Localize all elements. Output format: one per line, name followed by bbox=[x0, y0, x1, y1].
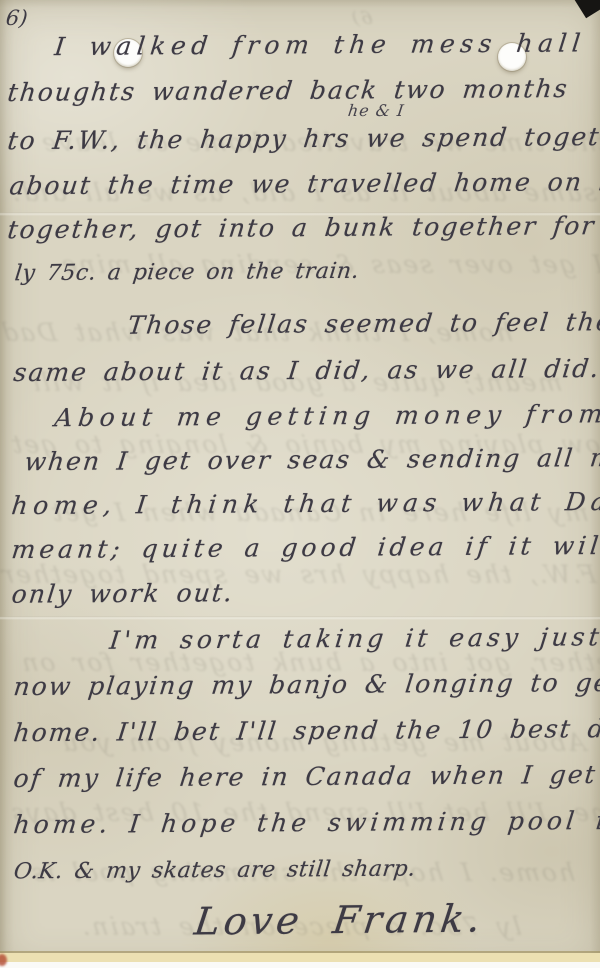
letter-line: only work out. bbox=[10, 578, 235, 609]
letter-line: I'm sorta taking it easy just bbox=[108, 622, 600, 654]
letter-line: to F.W., the happy hrs we spend together bbox=[6, 122, 600, 155]
letter-line: now playing my banjo & longing to get bbox=[12, 668, 600, 701]
letter-line: when I get over seas & sending all mine bbox=[23, 443, 600, 476]
letter-line: I walked from the mess hall my bbox=[53, 28, 600, 61]
letter-line: meant; quite a good idea if it will bbox=[10, 531, 600, 564]
letter-line: about the time we travelled home on leav… bbox=[8, 167, 600, 201]
letter-line: home, I think that was what Dad bbox=[10, 487, 600, 520]
letter-line: home. I'll bet I'll spend the 10 best da… bbox=[12, 714, 600, 747]
letter-line: together, got into a bunk together for o… bbox=[6, 211, 600, 244]
page-number: 6) bbox=[5, 6, 29, 30]
paper-crease bbox=[0, 616, 600, 620]
corner-mark bbox=[574, 0, 600, 18]
interline-insertion: he & I bbox=[347, 101, 406, 120]
letter-page: 6) about the time we travelled home on l… bbox=[0, 0, 600, 968]
signature: Love Frank. bbox=[192, 896, 487, 943]
bleed-through-line: 6) bbox=[349, 8, 374, 29]
letter-line: Those fellas seemed to feel the bbox=[126, 307, 600, 339]
letter-line: thoughts wandered back two months bbox=[6, 74, 570, 107]
letter-line: of my life here in Canada when I get bbox=[12, 760, 598, 793]
scanner-backing bbox=[0, 962, 600, 968]
letter-line: ly 75c. a piece on the train. bbox=[13, 259, 360, 286]
letter-line: home. I hope the swimming pool is bbox=[12, 806, 600, 839]
letter-line: same about it as I did, as we all did. bbox=[12, 354, 600, 387]
letter-line: O.K. & my skates are still sharp. bbox=[12, 857, 417, 885]
letter-line: About me getting money from you bbox=[53, 399, 600, 432]
